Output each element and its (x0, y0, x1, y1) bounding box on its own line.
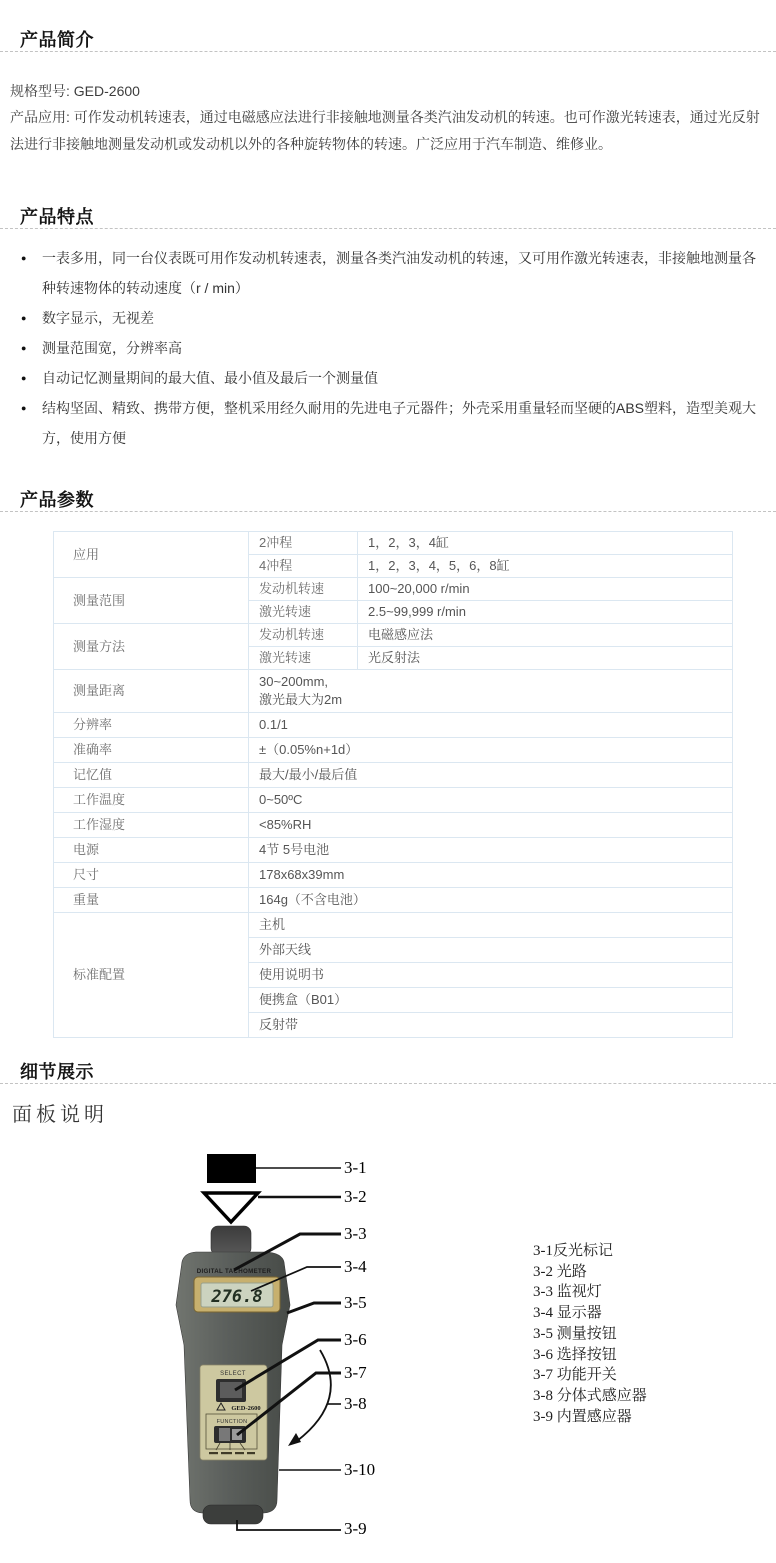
legend-item: 3-1反光标记 (533, 1241, 647, 1262)
param-label-cell: 记忆值 (54, 763, 249, 788)
param-value-cell: 30~200mm,激光最大为2m (249, 670, 733, 713)
section-title-intro: 产品简介 (20, 26, 94, 52)
param-row: 测量范围发动机转速100~20,000 r/min (54, 578, 733, 601)
param-row: 测量距离30~200mm,激光最大为2m (54, 670, 733, 713)
param-key-cell: 激光转速 (249, 647, 358, 670)
section-title-params: 产品参数 (20, 486, 94, 512)
param-value-line: 主机 (259, 916, 722, 934)
param-value-line: 30~200mm, (259, 673, 722, 691)
param-value-line: 164g（不含电池） (259, 891, 722, 909)
param-value-line: 4节 5号电池 (259, 841, 722, 859)
param-value-line: 178x68x39mm (259, 866, 722, 884)
param-value-cell: 主机 (249, 913, 733, 938)
select-label: SELECT (220, 1371, 246, 1377)
param-row: 尺寸178x68x39mm (54, 863, 733, 888)
param-row: 电源4节 5号电池 (54, 838, 733, 863)
legend-item: 3-2 光路 (533, 1262, 647, 1283)
param-label-cell: 应用 (54, 532, 249, 578)
param-value-line: ±（0.05%n+1d） (259, 741, 722, 759)
param-value-cell: 反射带 (249, 1013, 733, 1038)
panel-marking (247, 1452, 255, 1454)
diagram-legend: 3-1反光标记3-2 光路3-3 监视灯3-4 显示器3-5 测量按钮3-6 选… (533, 1241, 647, 1427)
param-value-line: 最大/最小/最后值 (259, 766, 722, 784)
feature-item: 测量范围宽，分辨率高 (20, 333, 762, 363)
built-in-sensor-cap (203, 1505, 263, 1524)
param-value-cell: 178x68x39mm (249, 863, 733, 888)
section-title-features: 产品特点 (20, 203, 94, 229)
legend-item: 3-8 分体式感应器 (533, 1386, 647, 1407)
param-label-cell: 分辨率 (54, 713, 249, 738)
callout-curve-3-8 (297, 1350, 331, 1441)
feature-item: 自动记忆测量期间的最大值、最小值及最后一个测量值 (20, 363, 762, 393)
param-value-line: 激光最大为2m (259, 691, 722, 709)
param-value-line: 反射带 (259, 1016, 722, 1034)
param-row: 应用2冲程1，2，3，4缸 (54, 532, 733, 555)
param-value-cell: 使用说明书 (249, 963, 733, 988)
sensor-lens-cap (211, 1226, 251, 1255)
panel-marking (221, 1452, 232, 1454)
param-key-cell: 发动机转速 (249, 578, 358, 601)
callout-label-3-3: 3-3 (344, 1224, 367, 1244)
param-row: 分辨率0.1/1 (54, 713, 733, 738)
callout-label-3-6: 3-6 (344, 1330, 367, 1350)
param-label-cell: 工作温度 (54, 788, 249, 813)
function-switch-knob (219, 1428, 230, 1441)
legend-item: 3-5 测量按钮 (533, 1324, 647, 1345)
param-row: 测量方法发动机转速电磁感应法 (54, 624, 733, 647)
product-application-text: 产品应用: 可作发动机转速表，通过电磁感应法进行非接触地测量各类汽油发动机的转速… (10, 104, 768, 158)
param-value-cell: 1，2，3，4，5，6，8缸 (358, 555, 733, 578)
feature-item: 数字显示，无视差 (20, 303, 762, 333)
device-diagram: DIGITAL TACHOMETER 276.8 SELECT GED-2600… (0, 1140, 776, 1563)
section-divider (0, 228, 776, 229)
panel-marking (235, 1452, 244, 1454)
param-value-cell: 4节 5号电池 (249, 838, 733, 863)
section-divider (0, 1083, 776, 1084)
param-label-cell: 测量距离 (54, 670, 249, 713)
param-value-cell: 便携盒（B01） (249, 988, 733, 1013)
section-divider (0, 511, 776, 512)
device-model-label: GED-2600 (231, 1405, 260, 1412)
param-value-line: 外部天线 (259, 941, 722, 959)
param-row: 准确率±（0.05%n+1d） (54, 738, 733, 763)
callout-arrow-3-8 (288, 1433, 301, 1446)
param-row: 标准配置主机 (54, 913, 733, 938)
param-value-cell: 0.1/1 (249, 713, 733, 738)
param-label-cell: 尺寸 (54, 863, 249, 888)
param-label-cell: 电源 (54, 838, 249, 863)
param-value-line: 0~50ºC (259, 791, 722, 809)
light-path-triangle (204, 1193, 258, 1222)
callout-label-3-7: 3-7 (344, 1363, 367, 1383)
param-value-cell: ±（0.05%n+1d） (249, 738, 733, 763)
param-value-cell: 外部天线 (249, 938, 733, 963)
callout-label-3-10: 3-10 (344, 1460, 375, 1480)
section-title-details: 细节展示 (20, 1058, 94, 1084)
param-key-cell: 4冲程 (249, 555, 358, 578)
callout-label-3-4: 3-4 (344, 1257, 367, 1277)
feature-item: 一表多用，同一台仪表既可用作发动机转速表，测量各类汽油发动机的转速，又可用作激光… (20, 243, 762, 303)
param-key-cell: 发动机转速 (249, 624, 358, 647)
callout-label-3-9: 3-9 (344, 1519, 367, 1539)
legend-item: 3-3 监视灯 (533, 1282, 647, 1303)
param-key-cell: 激光转速 (249, 601, 358, 624)
param-row: 重量164g（不含电池） (54, 888, 733, 913)
product-detail-page: 产品简介 规格型号: GED-2600 产品应用: 可作发动机转速表，通过电磁感… (0, 0, 776, 1563)
feature-item: 结构坚固、精致、携带方便，整机采用经久耐用的先进电子元器件；外壳采用重量轻而坚硬… (20, 393, 762, 453)
param-label-cell: 重量 (54, 888, 249, 913)
param-row: 工作温度0~50ºC (54, 788, 733, 813)
param-key-cell: 2冲程 (249, 532, 358, 555)
feature-list: 一表多用，同一台仪表既可用作发动机转速表，测量各类汽油发动机的转速，又可用作激光… (20, 243, 762, 453)
callout-label-3-2: 3-2 (344, 1187, 367, 1207)
callout-label-3-8: 3-8 (344, 1394, 367, 1414)
legend-item: 3-4 显示器 (533, 1303, 647, 1324)
callout-label-3-5: 3-5 (344, 1293, 367, 1313)
panel-description-heading: 面板说明 (12, 1098, 108, 1127)
callout-label-3-1: 3-1 (344, 1158, 367, 1178)
param-value-line: 便携盒（B01） (259, 991, 722, 1009)
legend-item: 3-9 内置感应器 (533, 1407, 647, 1428)
param-row: 记忆值最大/最小/最后值 (54, 763, 733, 788)
param-row: 工作湿度<85%RH (54, 813, 733, 838)
function-label: FUNCTION (217, 1419, 248, 1425)
param-value-cell: 164g（不含电池） (249, 888, 733, 913)
legend-item: 3-6 选择按钮 (533, 1345, 647, 1366)
param-value-cell: 100~20,000 r/min (358, 578, 733, 601)
spec-model-text: 规格型号: GED-2600 (10, 78, 768, 105)
param-label-cell: 准确率 (54, 738, 249, 763)
param-label-cell: 工作湿度 (54, 813, 249, 838)
parameter-table: 应用2冲程1，2，3，4缸4冲程1，2，3，4，5，6，8缸测量范围发动机转速1… (53, 531, 733, 1038)
param-value-cell: 电磁感应法 (358, 624, 733, 647)
param-label-cell: 测量范围 (54, 578, 249, 624)
param-label-cell: 测量方法 (54, 624, 249, 670)
legend-item: 3-7 功能开关 (533, 1365, 647, 1386)
param-value-cell: 2.5~99,999 r/min (358, 601, 733, 624)
param-label-cell: 标准配置 (54, 913, 249, 1038)
panel-marking (209, 1452, 218, 1454)
param-value-line: 0.1/1 (259, 716, 722, 734)
param-value-cell: 最大/最小/最后值 (249, 763, 733, 788)
param-value-cell: 1，2，3，4缸 (358, 532, 733, 555)
callout-line-3-5 (287, 1303, 341, 1313)
reflective-mark (207, 1154, 256, 1183)
param-value-cell: 光反射法 (358, 647, 733, 670)
param-value-line: 使用说明书 (259, 966, 722, 984)
select-button-face (220, 1382, 242, 1398)
param-value-line: <85%RH (259, 816, 722, 834)
param-value-cell: <85%RH (249, 813, 733, 838)
section-divider (0, 51, 776, 52)
param-value-cell: 0~50ºC (249, 788, 733, 813)
